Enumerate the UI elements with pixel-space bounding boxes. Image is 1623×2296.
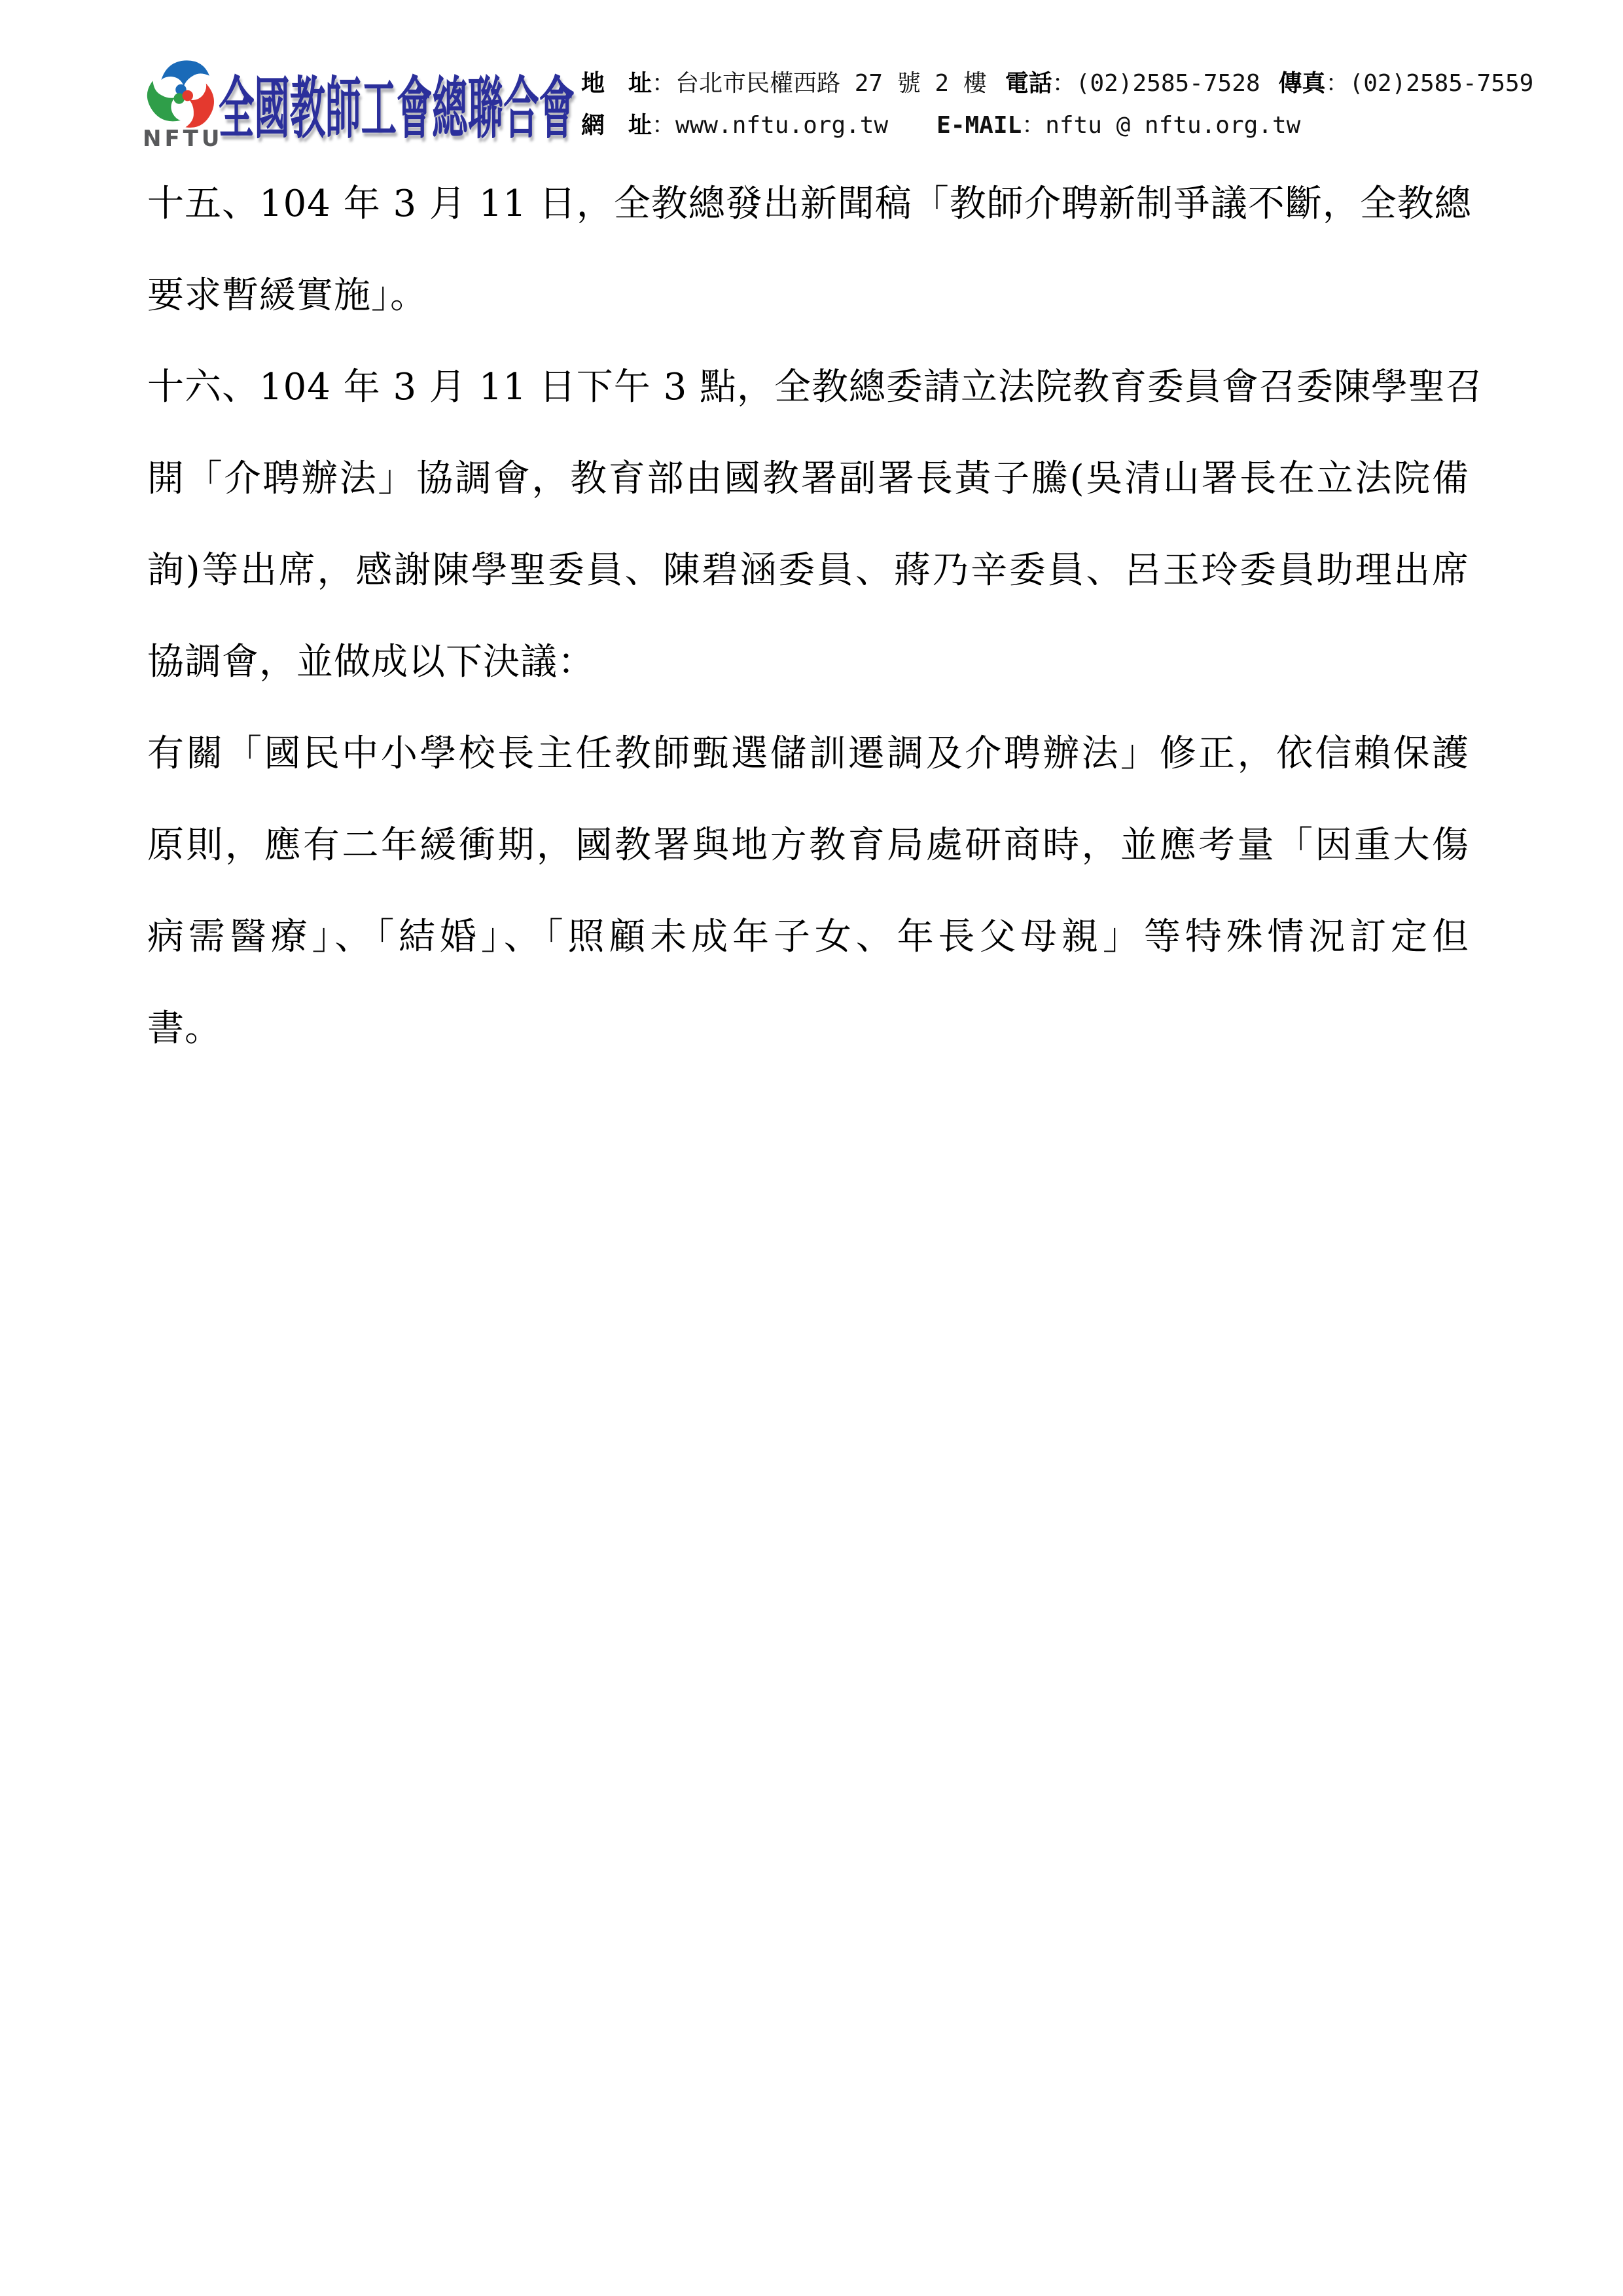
nftu-logo-icon (144, 52, 221, 132)
contact-row-2: 網 址：www.nftu.org.twE-MAIL：nftu @ nftu.or… (581, 105, 1533, 147)
email-label: E-MAIL (936, 112, 1022, 139)
text-line: 十六、104 年 3 月 11 日下午 3 點，全教總委請立法院教育委員會召委陳… (147, 342, 1469, 433)
address-colon: ： (652, 70, 675, 97)
text-line: 協調會，並做成以下決議： (147, 617, 1469, 708)
text-line: 要求暫緩實施」。 (147, 250, 1469, 342)
contact-info: 地 址：台北市民權西路 27 號 2 樓電話：(02)2585-7528傳真：(… (581, 63, 1533, 147)
fax-label: 傳真 (1279, 70, 1326, 97)
document-body: 十五、104 年 3 月 11 日，全教總發出新聞稿「教師介聘新制爭議不斷，全教… (147, 158, 1469, 1075)
text-line: 病需醫療」、「結婚」、「照顧未成年子女、年長父母親」等特殊情況訂定但 (147, 891, 1469, 983)
phone-label: 電話 (1005, 70, 1052, 97)
website-label: 網 址 (581, 112, 652, 139)
contact-row-1: 地 址：台北市民權西路 27 號 2 樓電話：(02)2585-7528傳真：(… (581, 63, 1533, 105)
phone-value: (02)2585-7528 (1076, 70, 1260, 97)
address-value: 台北市民權西路 27 號 2 樓 (675, 70, 987, 97)
org-name-title: 全國教師工會總聯合會 (219, 55, 575, 151)
logo-figure-blue (161, 57, 211, 90)
logo-acronym: NFTU (143, 126, 221, 152)
address-label: 地 址 (581, 70, 652, 97)
text-line: 詢)等出席，感謝陳學聖委員、陳碧涵委員、蔣乃辛委員、呂玉玲委員助理出席 (147, 525, 1469, 617)
fax-colon: ： (1326, 70, 1349, 97)
text-line: 有關「國民中小學校長主任教師甄選儲訓遷調及介聘辦法」修正，依信賴保護 (147, 708, 1469, 800)
email-colon: ： (1022, 112, 1045, 139)
phone-colon: ： (1052, 70, 1076, 97)
text-line: 書。 (147, 983, 1469, 1075)
email-value: nftu @ nftu.org.tw (1045, 112, 1300, 139)
website-colon: ： (652, 112, 675, 139)
fax-value: (02)2585-7559 (1349, 70, 1534, 97)
text-line: 開「介聘辦法」協調會，教育部由國教署副署長黃子騰(吳清山署長在立法院備 (147, 433, 1469, 525)
text-line: 原則，應有二年緩衝期，國教署與地方教育局處研商時，並應考量「因重大傷 (147, 800, 1469, 891)
website-value: www.nftu.org.tw (675, 112, 888, 139)
text-line: 十五、104 年 3 月 11 日，全教總發出新聞稿「教師介聘新制爭議不斷，全教… (147, 158, 1469, 250)
